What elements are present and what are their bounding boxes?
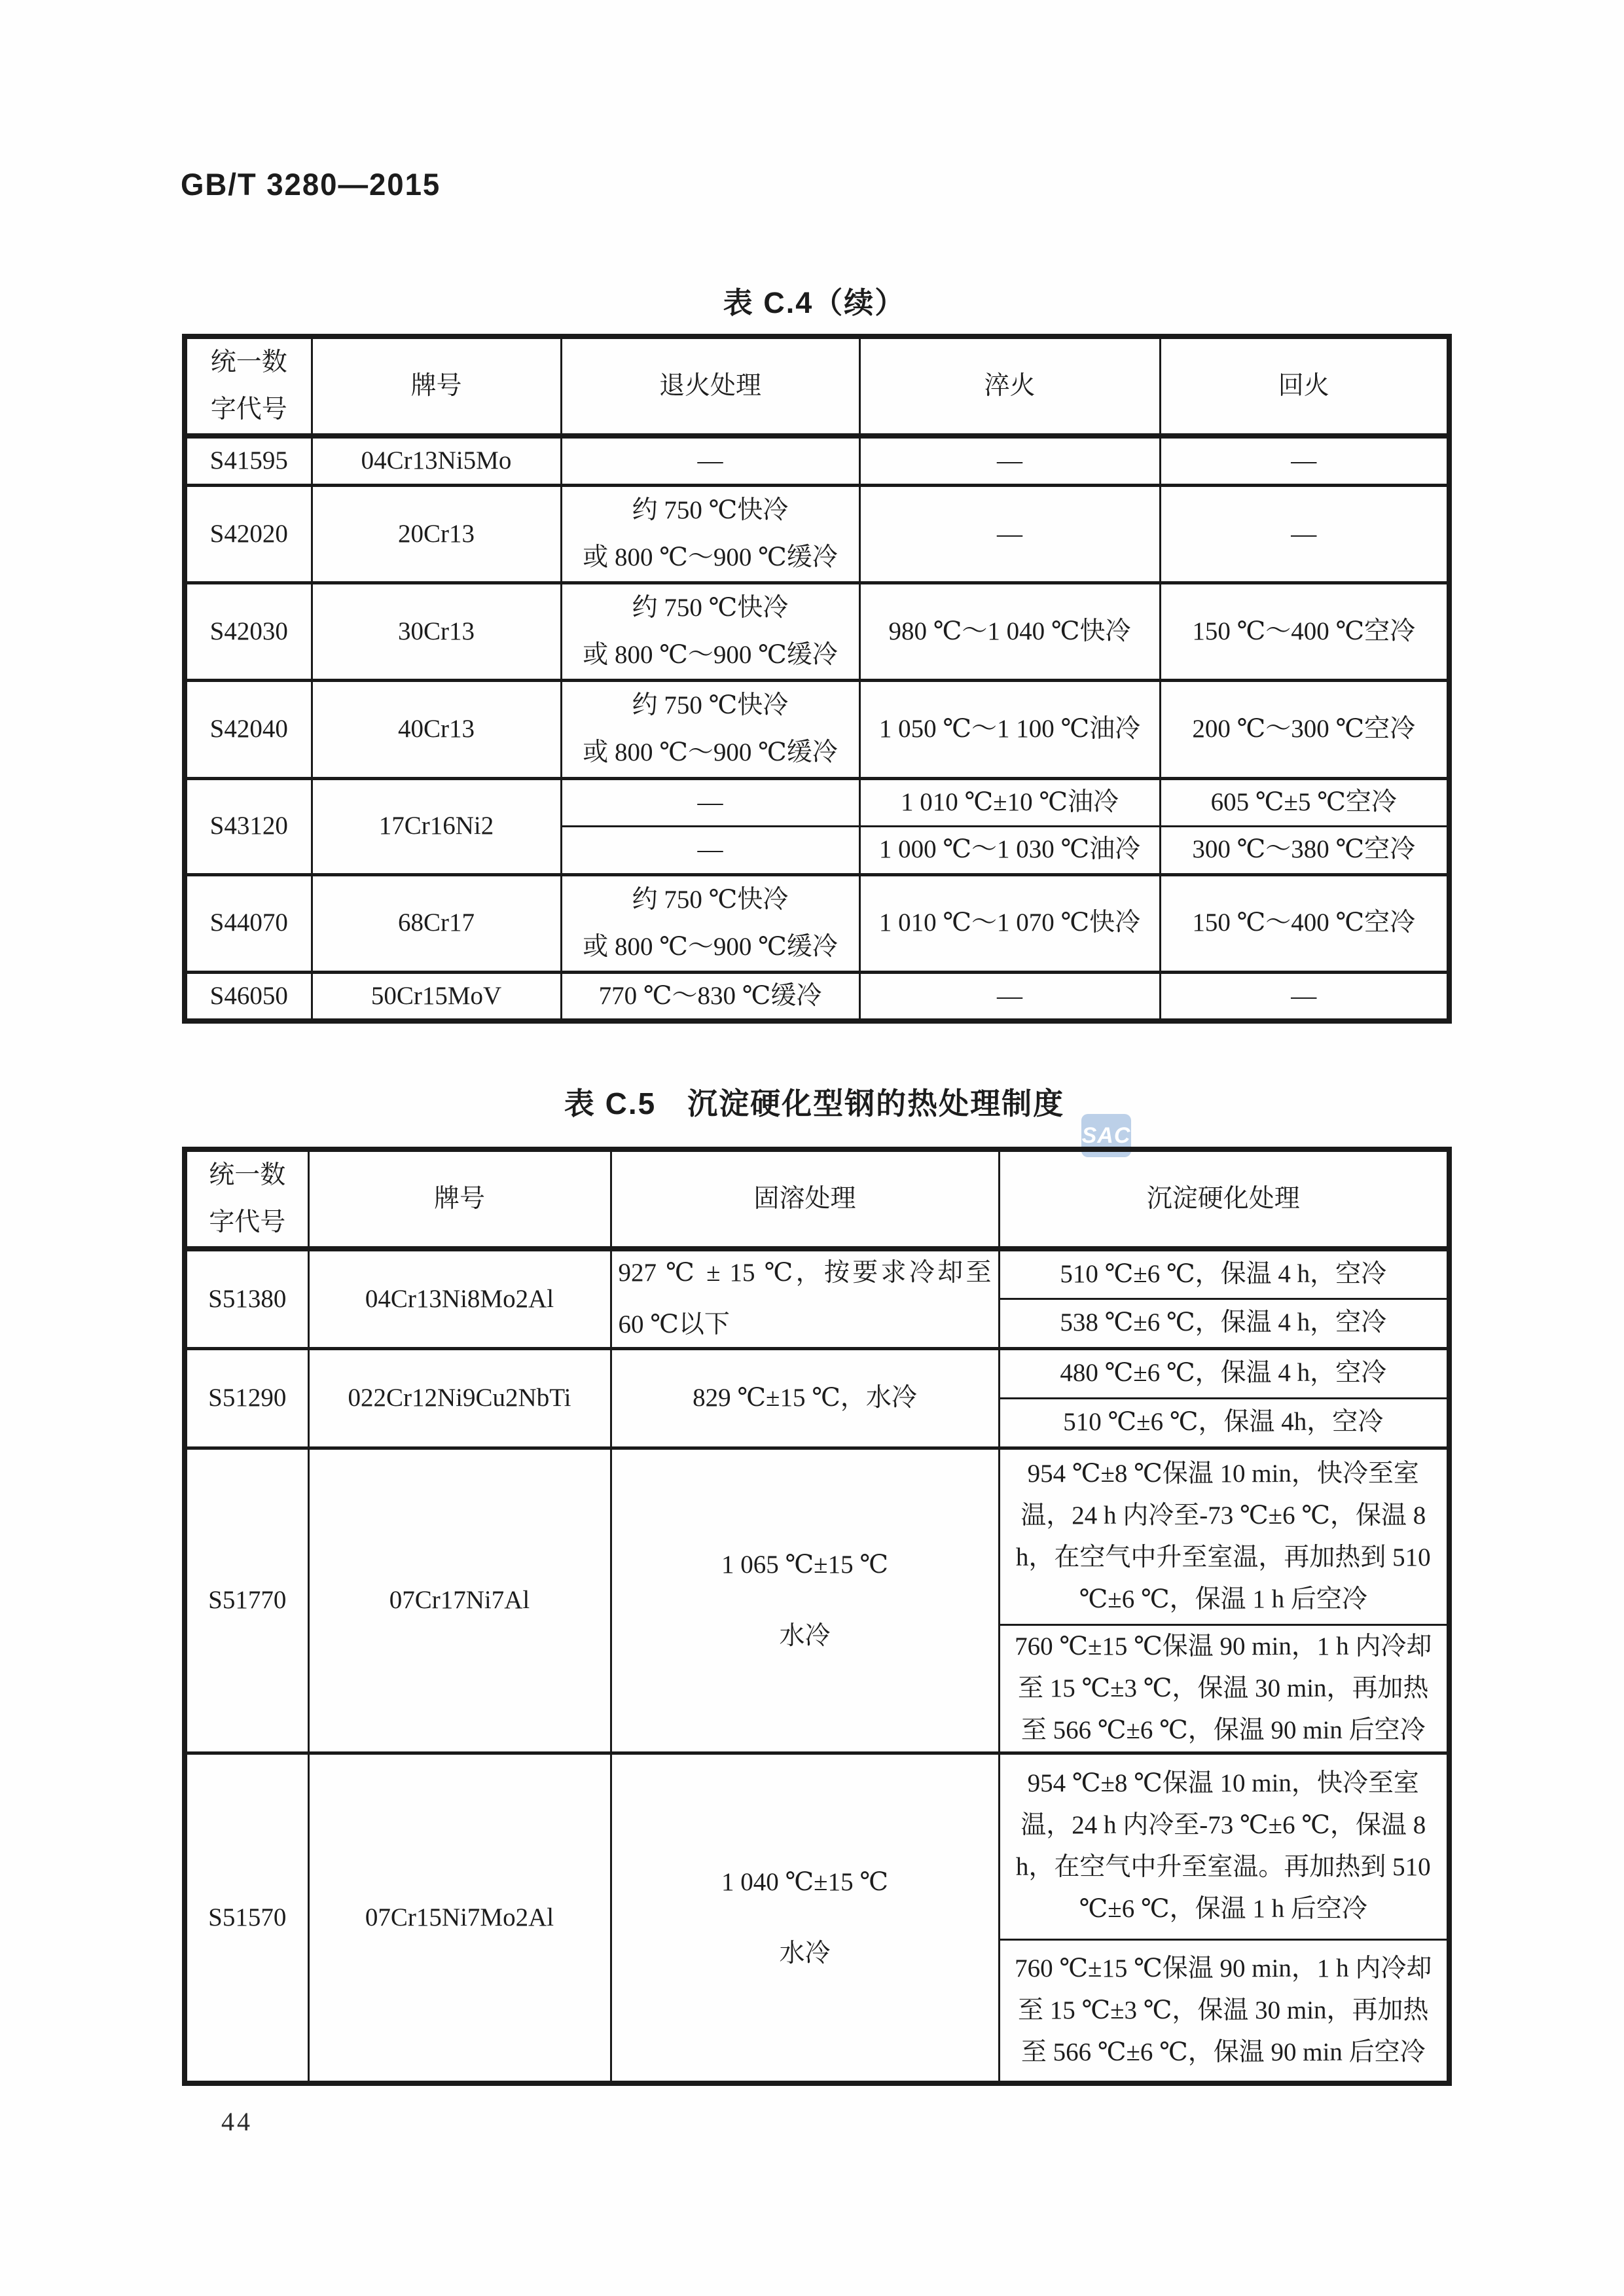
table-row: S41595 04Cr13Ni5Mo — — — <box>185 436 1449 485</box>
cell-aging: 538 ℃±6 ℃，保温 4 h，空冷 <box>999 1299 1449 1348</box>
cell-anneal: 约 750 ℃快冷 或 800 ℃～900 ℃缓冷 <box>561 874 859 972</box>
table-row: 统一数 字代号 牌号 固溶处理 沉淀硬化处理 <box>185 1149 1449 1249</box>
cell-grade: 04Cr13Ni8Mo2Al <box>308 1249 611 1348</box>
cell-code: S51570 <box>185 1753 308 2083</box>
cell-code: S51290 <box>185 1348 308 1448</box>
table-row: S44070 68Cr17 约 750 ℃快冷 或 800 ℃～900 ℃缓冷 … <box>185 874 1449 972</box>
cell-temper: 300 ℃～380 ℃空冷 <box>1160 826 1449 874</box>
cell-quench: 1 050 ℃～1 100 ℃油冷 <box>859 681 1160 778</box>
document-page: GB/T 3280—2015 表 C.4（续） SAC 统一数 字代号 牌号 退… <box>0 0 1624 2296</box>
col-header-aging: 沉淀硬化处理 <box>999 1149 1449 1249</box>
cell-quench: — <box>859 972 1160 1021</box>
table-c4: 统一数 字代号 牌号 退火处理 淬火 回火 S41595 04Cr13Ni5Mo… <box>182 334 1452 1024</box>
col-header-anneal: 退火处理 <box>561 336 859 436</box>
cell-grade: 40Cr13 <box>312 681 561 778</box>
table-row: S42020 20Cr13 约 750 ℃快冷 或 800 ℃～900 ℃缓冷 … <box>185 485 1449 583</box>
cell-code: S43120 <box>185 778 312 874</box>
col-header-code: 统一数 字代号 <box>185 336 312 436</box>
cell-quench: 980 ℃～1 040 ℃快冷 <box>859 583 1160 681</box>
cell-temper: — <box>1160 485 1449 583</box>
table-row: 统一数 字代号 牌号 退火处理 淬火 回火 <box>185 336 1449 436</box>
cell-grade: 20Cr13 <box>312 485 561 583</box>
cell-grade: 07Cr15Ni7Mo2Al <box>308 1753 611 2083</box>
cell-aging: 954 ℃±8 ℃保温 10 min，快冷至室温，24 h 内冷至-73 ℃±6… <box>999 1753 1449 1939</box>
table-row: S51290 022Cr12Ni9Cu2NbTi 829 ℃±15 ℃，水冷 4… <box>185 1348 1449 1398</box>
cell-quench: 1 010 ℃～1 070 ℃快冷 <box>859 874 1160 972</box>
cell-anneal: — <box>561 826 859 874</box>
cell-code: S42030 <box>185 583 312 681</box>
cell-code: S42020 <box>185 485 312 583</box>
col-header-quench: 淬火 <box>859 336 1160 436</box>
col-header-grade: 牌号 <box>308 1149 611 1249</box>
table-row: S42030 30Cr13 约 750 ℃快冷 或 800 ℃～900 ℃缓冷 … <box>185 583 1449 681</box>
cell-temper: 200 ℃～300 ℃空冷 <box>1160 681 1449 778</box>
solution-line-1: 927 ℃ ± 15 ℃，按要求冷却至 <box>619 1257 992 1289</box>
cell-aging: 480 ℃±6 ℃，保温 4 h，空冷 <box>999 1348 1449 1398</box>
cell-solution: 1 065 ℃±15 ℃ 水冷 <box>611 1448 999 1753</box>
cell-anneal: 约 750 ℃快冷 或 800 ℃～900 ℃缓冷 <box>561 681 859 778</box>
table-row: S51770 07Cr17Ni7Al 1 065 ℃±15 ℃ 水冷 954 ℃… <box>185 1448 1449 1624</box>
col-header-grade: 牌号 <box>312 336 561 436</box>
cell-grade: 50Cr15MoV <box>312 972 561 1021</box>
page-number: 44 <box>221 2106 253 2137</box>
table-c5: 统一数 字代号 牌号 固溶处理 沉淀硬化处理 S51380 04Cr13Ni8M… <box>182 1147 1452 2086</box>
cell-quench: 1 000 ℃～1 030 ℃油冷 <box>859 826 1160 874</box>
cell-aging: 760 ℃±15 ℃保温 90 min，1 h 内冷却至 15 ℃±3 ℃，保温… <box>999 1624 1449 1753</box>
solution-line-2: 60 ℃以下 <box>619 1309 992 1341</box>
cell-code: S41595 <box>185 436 312 485</box>
cell-aging: 954 ℃±8 ℃保温 10 min，快冷至室温，24 h 内冷至-73 ℃±6… <box>999 1448 1449 1624</box>
table-row: S51570 07Cr15Ni7Mo2Al 1 040 ℃±15 ℃ 水冷 95… <box>185 1753 1449 1939</box>
cell-temper: 150 ℃～400 ℃空冷 <box>1160 583 1449 681</box>
standard-code: GB/T 3280—2015 <box>181 166 441 202</box>
cell-quench: — <box>859 436 1160 485</box>
cell-grade: 17Cr16Ni2 <box>312 778 561 874</box>
cell-temper: — <box>1160 436 1449 485</box>
cell-anneal: 约 750 ℃快冷 或 800 ℃～900 ℃缓冷 <box>561 583 859 681</box>
cell-temper: 150 ℃～400 ℃空冷 <box>1160 874 1449 972</box>
cell-code: S51770 <box>185 1448 308 1753</box>
cell-grade: 30Cr13 <box>312 583 561 681</box>
col-header-temper: 回火 <box>1160 336 1449 436</box>
col-header-code: 统一数 字代号 <box>185 1149 308 1249</box>
cell-aging: 510 ℃±6 ℃，保温 4h，空冷 <box>999 1398 1449 1448</box>
cell-solution: 1 040 ℃±15 ℃ 水冷 <box>611 1753 999 2083</box>
table-row: S51380 04Cr13Ni8Mo2Al 927 ℃ ± 15 ℃，按要求冷却… <box>185 1249 1449 1299</box>
cell-grade: 022Cr12Ni9Cu2NbTi <box>308 1348 611 1448</box>
cell-solution: 927 ℃ ± 15 ℃，按要求冷却至 60 ℃以下 <box>611 1249 999 1348</box>
table-row: S43120 17Cr16Ni2 — 1 010 ℃±10 ℃油冷 605 ℃±… <box>185 778 1449 826</box>
cell-solution: 829 ℃±15 ℃，水冷 <box>611 1348 999 1448</box>
cell-code: S46050 <box>185 972 312 1021</box>
cell-anneal: 770 ℃～830 ℃缓冷 <box>561 972 859 1021</box>
cell-aging: 510 ℃±6 ℃，保温 4 h，空冷 <box>999 1249 1449 1299</box>
table-c4-title: 表 C.4（续） <box>182 279 1447 321</box>
cell-aging: 760 ℃±15 ℃保温 90 min，1 h 内冷却至 15 ℃±3 ℃，保温… <box>999 1939 1449 2083</box>
cell-code: S42040 <box>185 681 312 778</box>
cell-anneal: — <box>561 778 859 826</box>
cell-temper: 605 ℃±5 ℃空冷 <box>1160 778 1449 826</box>
cell-anneal: — <box>561 436 859 485</box>
cell-temper: — <box>1160 972 1449 1021</box>
cell-quench: 1 010 ℃±10 ℃油冷 <box>859 778 1160 826</box>
cell-code: S44070 <box>185 874 312 972</box>
table-row: S42040 40Cr13 约 750 ℃快冷 或 800 ℃～900 ℃缓冷 … <box>185 681 1449 778</box>
cell-quench: — <box>859 485 1160 583</box>
cell-grade: 68Cr17 <box>312 874 561 972</box>
cell-anneal: 约 750 ℃快冷 或 800 ℃～900 ℃缓冷 <box>561 485 859 583</box>
col-header-solution: 固溶处理 <box>611 1149 999 1249</box>
table-row: S46050 50Cr15MoV 770 ℃～830 ℃缓冷 — — <box>185 972 1449 1021</box>
cell-grade: 07Cr17Ni7Al <box>308 1448 611 1753</box>
table-c5-title: 表 C.5 沉淀硬化型钢的热处理制度 <box>182 1080 1447 1123</box>
cell-grade: 04Cr13Ni5Mo <box>312 436 561 485</box>
cell-code: S51380 <box>185 1249 308 1348</box>
